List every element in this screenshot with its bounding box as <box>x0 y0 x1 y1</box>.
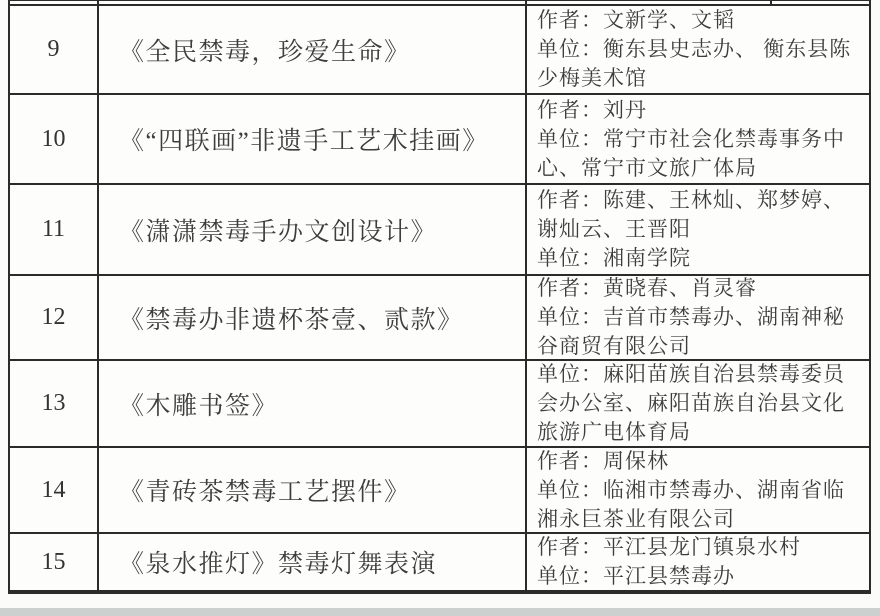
unit-line: 单位：常宁市社会化禁毒事务中心、常宁市文旅广体局 <box>537 125 866 183</box>
author-line: 作者：陈建、王林灿、郑梦婷、谢灿云、王晋阳 <box>537 186 866 244</box>
table-row: 10 《“四联画”非遗手工艺术挂画》 作者：刘丹 单位：常宁市社会化禁毒事务中心… <box>10 95 869 185</box>
table-row-partial-top <box>10 1 869 6</box>
unit-line: 单位：湘南学院 <box>537 244 866 273</box>
entry-info: 作者：文新学、文韬 单位：衡东县史志办、 衡东县陈少梅美术馆 <box>527 6 869 93</box>
column-divider <box>770 1 772 6</box>
table-row: 9 《全民禁毒，珍爱生命》 作者：文新学、文韬 单位：衡东县史志办、 衡东县陈少… <box>10 6 869 95</box>
author-line: 作者：周保林 <box>537 448 866 476</box>
column-divider <box>97 1 99 6</box>
table-row: 12 《禁毒办非遗杯茶壹、贰款》 作者：黄晓春、肖灵睿 单位：吉首市禁毒办、湖南… <box>10 276 869 361</box>
row-number: 10 <box>10 95 99 183</box>
unit-line: 单位：麻阳苗族自治县禁毒委员会办公室、麻阳苗族自治县文化旅游广电体育局 <box>537 361 866 446</box>
unit-line: 单位：平江县禁毒办 <box>537 562 866 590</box>
entry-info: 单位：麻阳苗族自治县禁毒委员会办公室、麻阳苗族自治县文化旅游广电体育局 <box>527 361 869 446</box>
work-title: 《潇潇禁毒手办文创设计》 <box>99 185 527 274</box>
author-line: 作者：黄晓春、肖灵睿 <box>537 276 866 303</box>
work-title: 《“四联画”非遗手工艺术挂画》 <box>99 95 527 183</box>
row-number: 9 <box>10 6 99 93</box>
work-title: 《禁毒办非遗杯茶壹、贰款》 <box>99 276 527 359</box>
author-line: 作者：平江县龙门镇泉水村 <box>537 534 866 562</box>
work-title: 《木雕书签》 <box>99 361 527 446</box>
row-number: 13 <box>10 361 99 446</box>
row-number: 15 <box>10 534 99 590</box>
unit-line: 单位：吉首市禁毒办、湖南神秘谷商贸有限公司 <box>537 303 866 359</box>
entry-info: 作者：陈建、王林灿、郑梦婷、谢灿云、王晋阳 单位：湘南学院 <box>527 185 869 274</box>
table-row: 13 《木雕书签》 单位：麻阳苗族自治县禁毒委员会办公室、麻阳苗族自治县文化旅游… <box>10 361 869 448</box>
page-edge <box>0 608 880 616</box>
author-line: 作者：刘丹 <box>537 96 866 125</box>
author-line: 作者：文新学、文韬 <box>537 6 866 35</box>
row-number: 12 <box>10 276 99 359</box>
awards-table: 9 《全民禁毒，珍爱生命》 作者：文新学、文韬 单位：衡东县史志办、 衡东县陈少… <box>8 0 871 594</box>
table-row: 14 《青砖茶禁毒工艺摆件》 作者：周保林 单位：临湘市禁毒办、湖南省临湘永巨茶… <box>10 448 869 534</box>
work-title: 《全民禁毒，珍爱生命》 <box>99 6 527 93</box>
column-divider <box>525 1 527 6</box>
work-title: 《泉水推灯》禁毒灯舞表演 <box>99 534 527 590</box>
entry-info: 作者：刘丹 单位：常宁市社会化禁毒事务中心、常宁市文旅广体局 <box>527 95 869 183</box>
document-page: 9 《全民禁毒，珍爱生命》 作者：文新学、文韬 单位：衡东县史志办、 衡东县陈少… <box>0 0 880 616</box>
row-number: 11 <box>10 185 99 274</box>
unit-line: 单位：临湘市禁毒办、湖南省临湘永巨茶业有限公司 <box>537 476 866 533</box>
work-title: 《青砖茶禁毒工艺摆件》 <box>99 448 527 532</box>
entry-info: 作者：周保林 单位：临湘市禁毒办、湖南省临湘永巨茶业有限公司 <box>527 448 869 532</box>
unit-line: 单位：衡东县史志办、 衡东县陈少梅美术馆 <box>537 35 866 93</box>
table-row: 11 《潇潇禁毒手办文创设计》 作者：陈建、王林灿、郑梦婷、谢灿云、王晋阳 单位… <box>10 185 869 276</box>
table-row: 15 《泉水推灯》禁毒灯舞表演 作者：平江县龙门镇泉水村 单位：平江县禁毒办 <box>10 534 869 592</box>
entry-info: 作者：平江县龙门镇泉水村 单位：平江县禁毒办 <box>527 534 869 590</box>
row-number: 14 <box>10 448 99 532</box>
entry-info: 作者：黄晓春、肖灵睿 单位：吉首市禁毒办、湖南神秘谷商贸有限公司 <box>527 276 869 359</box>
